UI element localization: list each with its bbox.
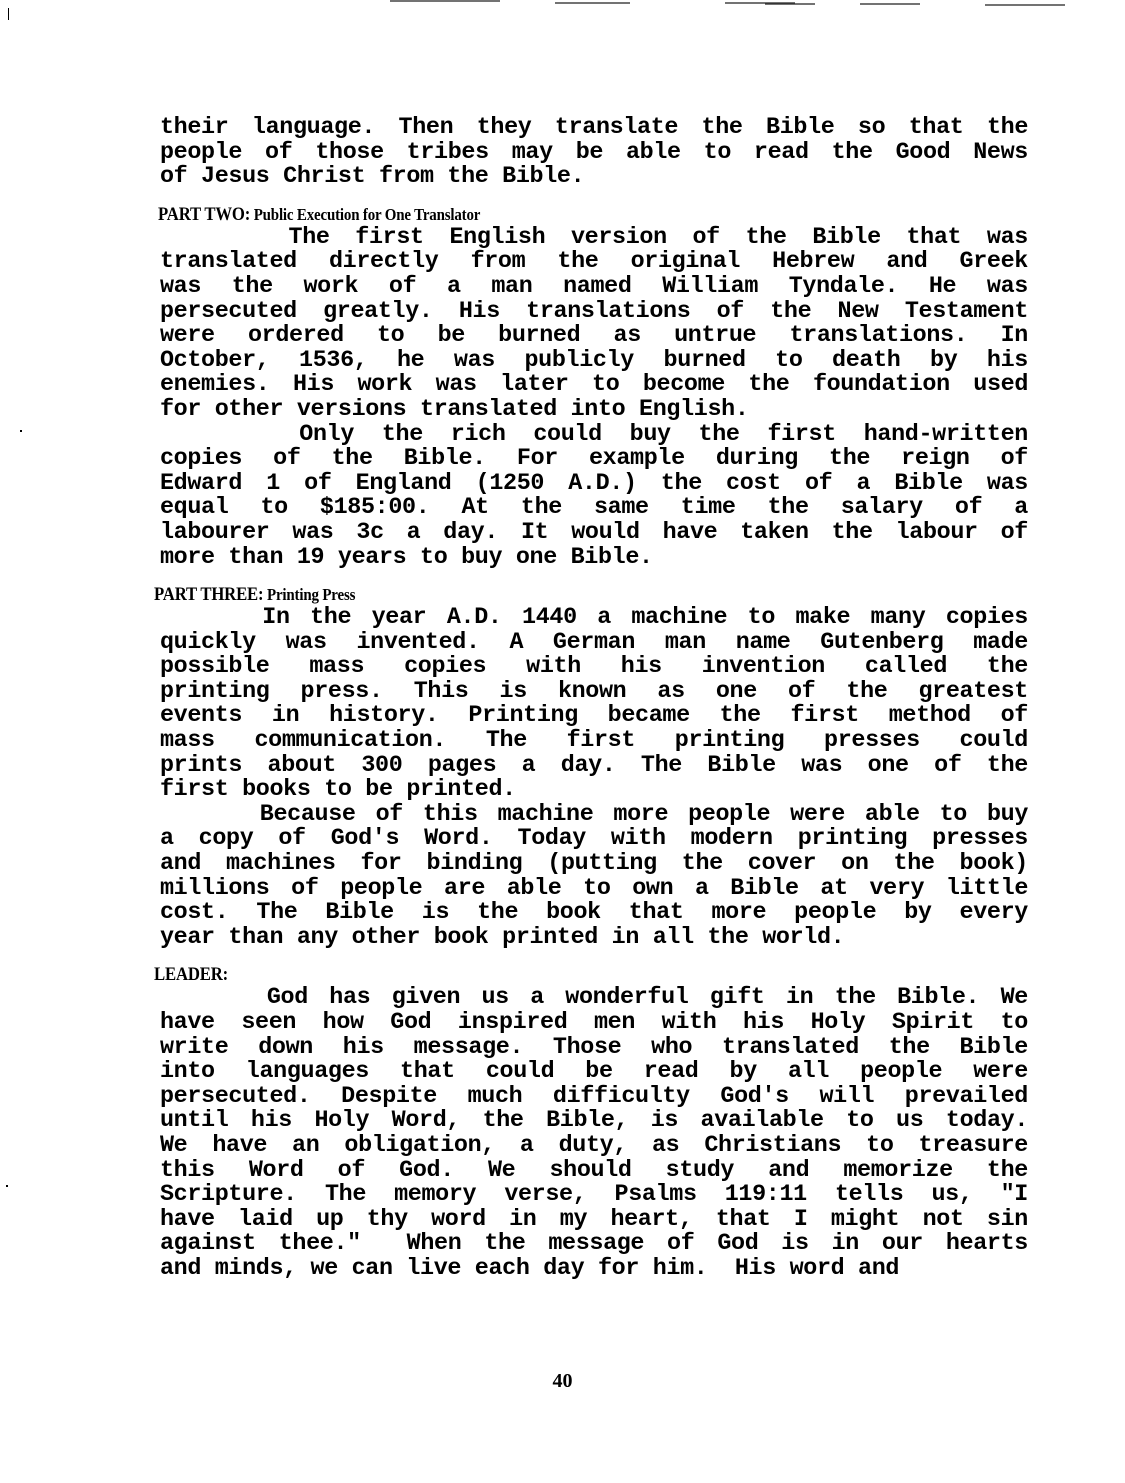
text-line: prints about 300 pages a day. The Bible … [160, 754, 1028, 779]
section-title: Public Execution for One Translator [250, 205, 480, 224]
text-line: into languages that could be read by all… [160, 1060, 1028, 1085]
text-line: persecuted greatly. His translations of … [160, 300, 1028, 325]
text-line: have laid up thy word in my heart, that … [160, 1208, 1028, 1233]
text-line: this Word of God. We should study and me… [160, 1159, 1028, 1184]
text-line: events in history. Printing became the f… [160, 704, 1028, 729]
section-label: LEADER: [154, 964, 228, 985]
text-line: millions of people are able to own a Bib… [160, 877, 1028, 902]
text-line: enemies. His work was later to become th… [160, 373, 1028, 398]
scan-artifacts [0, 0, 1125, 12]
text-line: copies of the Bible. For example during … [160, 447, 1028, 472]
text-line: a copy of God's Word. Today with modern … [160, 827, 1028, 852]
text-line: for other versions translated into Engli… [160, 398, 1028, 423]
text-line: more than 19 years to buy one Bible. [160, 546, 1028, 571]
section-label: PART THREE: [154, 584, 263, 605]
text-line: The first English version of the Bible t… [160, 226, 1028, 251]
text-line: persecuted. Despite much difficulty God'… [160, 1085, 1028, 1110]
paragraph: In the year A.D. 1440 a machine to make … [160, 606, 1028, 803]
document-page: their language. Then they translate the … [160, 116, 1028, 1282]
page-number: 40 [0, 1370, 1125, 1393]
text-line: cost. The Bible is the book that more pe… [160, 901, 1028, 926]
margin-mark [6, 1185, 8, 1187]
text-line: equal to $185:00. At the same time the s… [160, 496, 1028, 521]
text-line: God has given us a wonderful gift in the… [160, 986, 1028, 1011]
text-line: Only the rich could buy the first hand-w… [160, 423, 1028, 448]
text-line: were ordered to be burned as untrue tran… [160, 324, 1028, 349]
text-line: printing press. This is known as one of … [160, 680, 1028, 705]
margin-mark [20, 430, 22, 432]
text-line: write down his message. Those who transl… [160, 1036, 1028, 1061]
text-line: In the year A.D. 1440 a machine to make … [160, 606, 1028, 631]
text-line: until his Holy Word, the Bible, is avail… [160, 1109, 1028, 1134]
text-line: people of those tribes may be able to re… [160, 141, 1028, 166]
section-label: PART TWO: [158, 204, 250, 225]
text-line: their language. Then they translate the … [160, 116, 1028, 141]
text-line: was the work of a man named William Tynd… [160, 275, 1028, 300]
section-heading: LEADER: [154, 964, 923, 986]
text-line: and minds, we can live each day for him.… [160, 1257, 1028, 1282]
section-title: Printing Press [263, 585, 355, 604]
text-line: first books to be printed. [160, 778, 1028, 803]
text-line: labourer was 3c a day. It would have tak… [160, 521, 1028, 546]
text-line: against thee." When the message of God i… [160, 1232, 1028, 1257]
text-line: translated directly from the original He… [160, 250, 1028, 275]
paragraph: The first English version of the Bible t… [160, 226, 1028, 423]
margin-mark [8, 8, 9, 20]
text-line: quickly was invented. A German man name … [160, 631, 1028, 656]
text-line: year than any other book printed in all … [160, 926, 1028, 951]
paragraph: Only the rich could buy the first hand-w… [160, 423, 1028, 571]
text-line: mass communication. The first printing p… [160, 729, 1028, 754]
section-heading: PART THREE: Printing Press [154, 584, 923, 606]
text-line: possible mass copies with his invention … [160, 655, 1028, 680]
paragraph: God has given us a wonderful gift in the… [160, 986, 1028, 1281]
text-line: of Jesus Christ from the Bible. [160, 165, 1028, 190]
text-line: Scripture. The memory verse, Psalms 119:… [160, 1183, 1028, 1208]
paragraph: Because of this machine more people were… [160, 803, 1028, 951]
text-line: have seen how God inspired men with his … [160, 1011, 1028, 1036]
paragraph: their language. Then they translate the … [160, 116, 1028, 190]
text-line: Edward 1 of England (1250 A.D.) the cost… [160, 472, 1028, 497]
text-line: We have an obligation, a duty, as Christ… [160, 1134, 1028, 1159]
text-line: Because of this machine more people were… [160, 803, 1028, 828]
section-heading: PART TWO: Public Execution for One Trans… [158, 204, 924, 226]
text-line: October, 1536, he was publicly burned to… [160, 349, 1028, 374]
text-line: and machines for binding (putting the co… [160, 852, 1028, 877]
